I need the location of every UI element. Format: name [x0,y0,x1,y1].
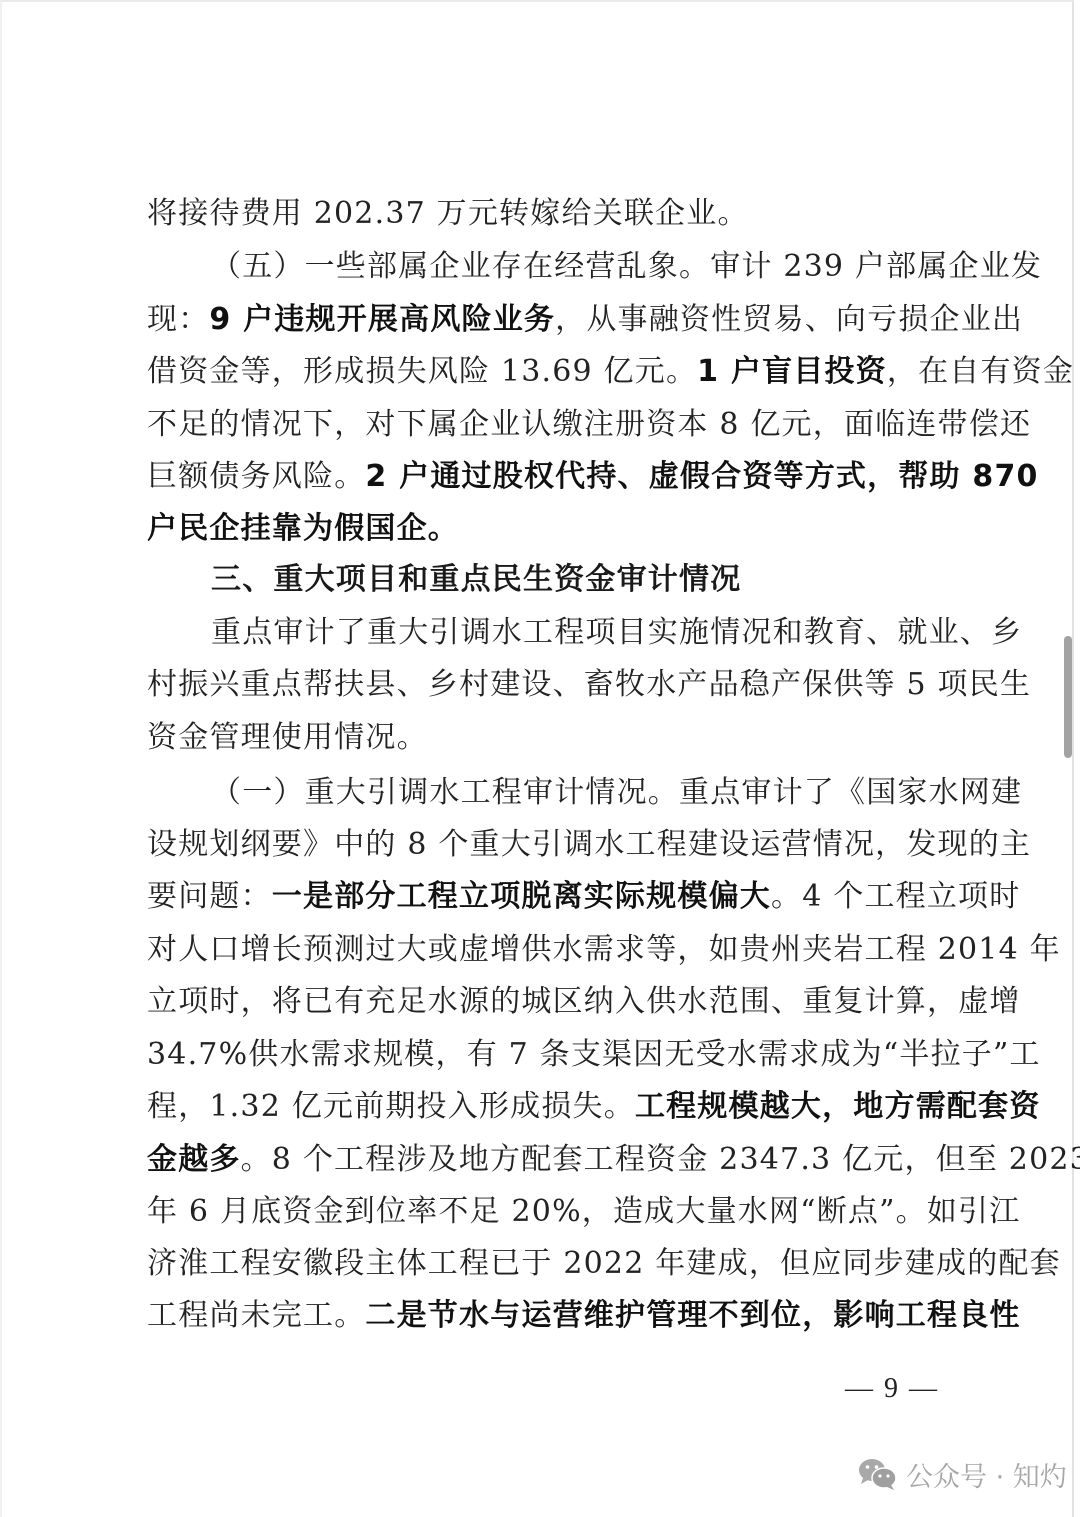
paragraph-line: （五）一些部属企业存在经营乱象。审计 239 户部属企业发 [211,241,939,293]
text-run: 将接待费用 202.37 万元转嫁给关联企业。 [147,196,749,231]
bold-text-run: 一是部分工程立项脱离实际规模偏大 [272,879,771,914]
paragraph-line: 村振兴重点帮扶县、乡村建设、畜牧水产品稳产保供等 5 项民生 [147,659,939,711]
section-heading: 三、重大项目和重点民生资金审计情况 [211,554,939,606]
paragraph-line: 将接待费用 202.37 万元转嫁给关联企业。 [147,188,939,240]
text-run: 资金管理使用情况。 [147,720,428,755]
bold-text-run: 2 户通过股权代持、虚假合资等方式，帮助 870 [365,459,1038,494]
wechat-icon [858,1457,898,1491]
text-run: 三、重大项目和重点民生资金审计情况 [211,562,741,597]
text-run: 34.7%供水需求规模，有 7 条支渠因无受水需求成为“半拉子”工 [147,1037,1041,1072]
text-run: 工程尚未完工。 [147,1298,365,1333]
text-run: ，从事融资性贸易、向亏损企业出 [555,302,1023,337]
text-run: 要问题： [147,879,272,914]
watermark-text: 公众号 · 知灼 [906,1455,1067,1494]
text-run: （一）重大引调水工程审计情况。重点审计了《国家水网建 [211,775,1022,810]
text-run: 立项时，将已有充足水源的城区纳入供水范围、重复计算，虚增 [147,984,1021,1019]
document-page: 将接待费用 202.37 万元转嫁给关联企业。（五）一些部属企业存在经营乱象。审… [0,0,1074,1517]
scrollbar-thumb[interactable] [1064,636,1072,758]
text-run: 济淮工程安徽段主体工程已于 2022 年建成，但应同步建成的配套 [147,1246,1061,1281]
text-run: 重点审计了重大引调水工程项目实施情况和教育、就业、乡 [211,615,1022,650]
page-number: — 9 — [822,1366,962,1412]
paragraph-line: 巨额债务风险。2 户通过股权代持、虚假合资等方式，帮助 870 [147,451,939,503]
text-run: ，在自有资金 [887,354,1074,389]
paragraph-line: 对人口增长预测过大或虚增供水需求等，如贵州夹岩工程 2014 年 [147,924,939,976]
paragraph-line: 立项时，将已有充足水源的城区纳入供水范围、重复计算，虚增 [147,976,939,1028]
bold-text-run: 1 户盲目投资 [697,354,887,389]
bold-text-run: 工程规模越大，地方需配套资 [635,1089,1041,1124]
paragraph-line: 设规划纲要》中的 8 个重大引调水工程建设运营情况，发现的主 [147,819,939,871]
text-run: 。8 个工程涉及地方配套工程资金 2347.3 亿元，但至 2023 [241,1142,1080,1177]
paragraph-line: 现：9 户违规开展高风险业务，从事融资性贸易、向亏损企业出 [147,294,939,346]
bold-text-run: 9 户违规开展高风险业务 [209,302,555,337]
paragraph-line: 借资金等，形成损失风险 13.69 亿元。1 户盲目投资，在自有资金 [147,346,939,398]
bold-text-run: 金越多 [147,1142,241,1177]
text-run: 巨额债务风险。 [147,459,365,494]
paragraph-line: 34.7%供水需求规模，有 7 条支渠因无受水需求成为“半拉子”工 [147,1029,939,1081]
text-run: 借资金等，形成损失风险 13.69 亿元。 [147,354,697,389]
paragraph-line: 金越多。8 个工程涉及地方配套工程资金 2347.3 亿元，但至 2023 [147,1134,939,1186]
watermark: 公众号 · 知灼 [858,1454,1067,1494]
scrollbar-track[interactable] [1060,0,1074,1517]
text-run: 程，1.32 亿元前期投入形成损失。 [147,1089,635,1124]
paragraph-line: 不足的情况下，对下属企业认缴注册资本 8 亿元，面临连带偿还 [147,399,939,451]
paragraph-line: 程，1.32 亿元前期投入形成损失。工程规模越大，地方需配套资 [147,1081,939,1133]
paragraph-line: 济淮工程安徽段主体工程已于 2022 年建成，但应同步建成的配套 [147,1238,939,1290]
text-run: 设规划纲要》中的 8 个重大引调水工程建设运营情况，发现的主 [147,827,1031,862]
text-run: （五）一些部属企业存在经营乱象。审计 239 户部属企业发 [211,249,1042,284]
text-run: 年 6 月底资金到位率不足 20%，造成大量水网“断点”。如引江 [147,1194,1020,1229]
paragraph-line: 资金管理使用情况。 [147,712,939,764]
paragraph-line: 工程尚未完工。二是节水与运营维护管理不到位，影响工程良性 [147,1290,939,1342]
paragraph-line: 要问题：一是部分工程立项脱离实际规模偏大。4 个工程立项时 [147,871,939,923]
bold-text-run: 户民企挂靠为假国企。 [147,511,459,546]
text-run: 村振兴重点帮扶县、乡村建设、畜牧水产品稳产保供等 5 项民生 [147,667,1031,702]
paragraph-line: 重点审计了重大引调水工程项目实施情况和教育、就业、乡 [211,607,939,659]
paragraph-line: （一）重大引调水工程审计情况。重点审计了《国家水网建 [211,767,939,819]
bold-text-run: 二是节水与运营维护管理不到位，影响工程良性 [365,1298,1020,1333]
paragraph-line: 户民企挂靠为假国企。 [147,503,939,555]
text-run: 现： [147,302,209,337]
text-run: 。4 个工程立项时 [771,879,1020,914]
paragraph-line: 年 6 月底资金到位率不足 20%，造成大量水网“断点”。如引江 [147,1186,939,1238]
text-run: 对人口增长预测过大或虚增供水需求等，如贵州夹岩工程 2014 年 [147,932,1061,967]
text-run: 不足的情况下，对下属企业认缴注册资本 8 亿元，面临连带偿还 [147,407,1031,442]
